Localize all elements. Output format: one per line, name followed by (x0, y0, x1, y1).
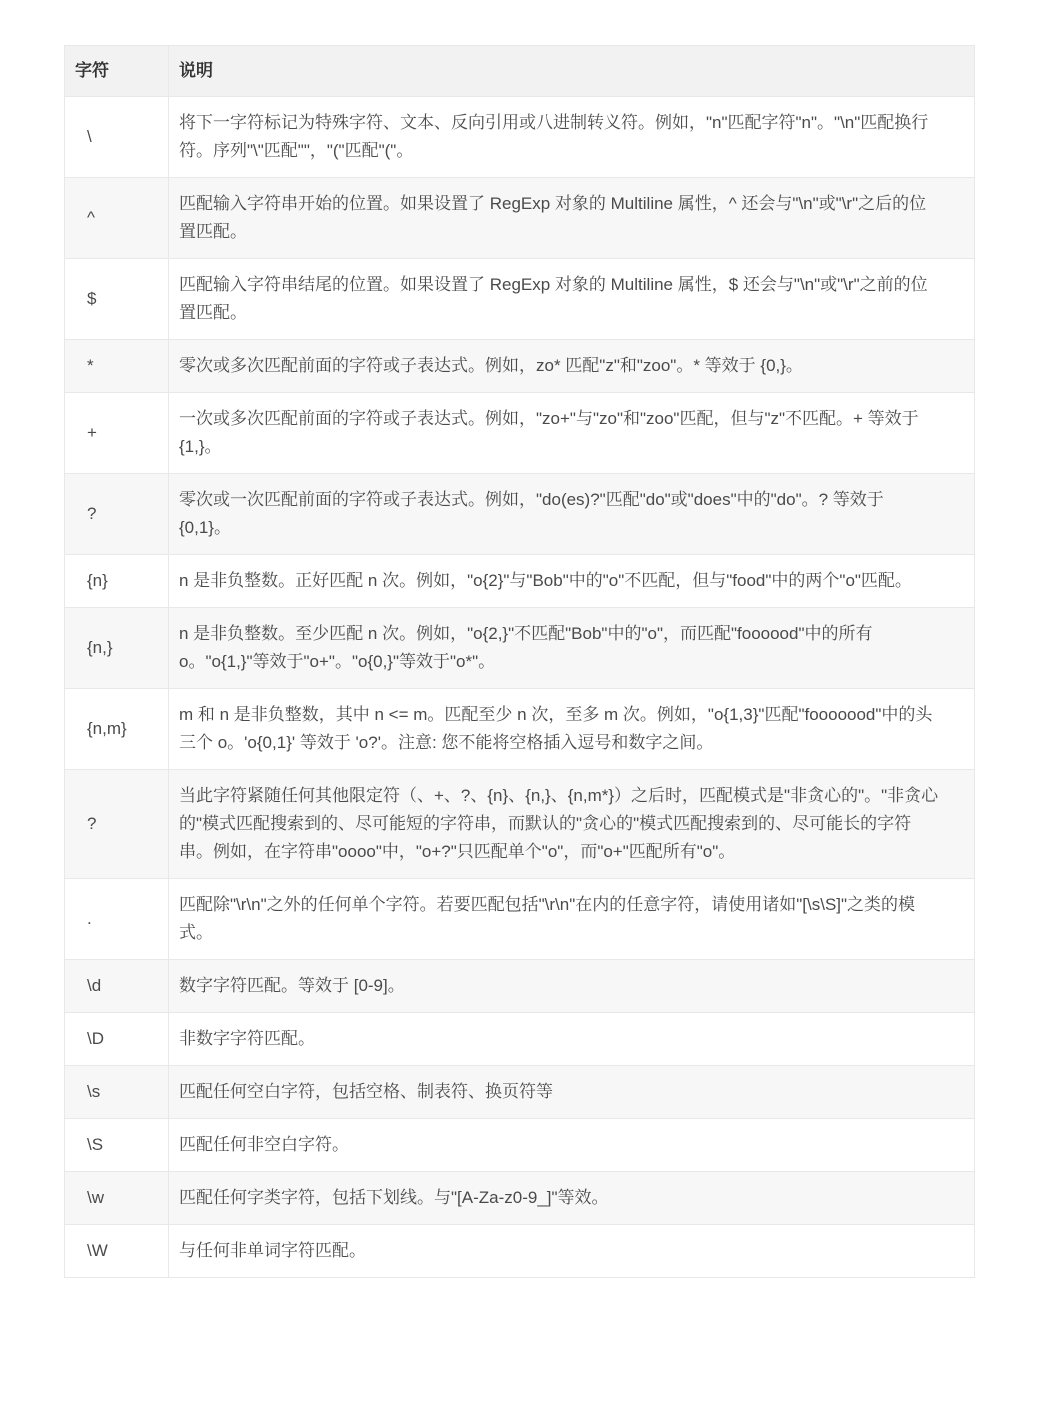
table-row: {n,} n 是非负整数。至少匹配 n 次。例如，"o{2,}"不匹配"Bob"… (65, 608, 975, 689)
char-cell: {n} (65, 555, 169, 608)
table-row: \S 匹配任何非空白字符。 (65, 1119, 975, 1172)
table-row: {n,m} m 和 n 是非负整数，其中 n <= m。匹配至少 n 次，至多 … (65, 689, 975, 770)
description-cell: 匹配除"\r\n"之外的任何单个字符。若要匹配包括"\r\n"在内的任意字符，请… (169, 879, 975, 960)
description-cell: 匹配任何非空白字符。 (169, 1119, 975, 1172)
table-header-row: 字符 说明 (65, 46, 975, 97)
column-header-char: 字符 (65, 46, 169, 97)
char-cell: \d (65, 960, 169, 1013)
table-row: {n} n 是非负整数。正好匹配 n 次。例如，"o{2}"与"Bob"中的"o… (65, 555, 975, 608)
table-row: \D 非数字字符匹配。 (65, 1013, 975, 1066)
description-cell: 零次或多次匹配前面的字符或子表达式。例如，zo* 匹配"z"和"zoo"。* 等… (169, 340, 975, 393)
description-cell: 非数字字符匹配。 (169, 1013, 975, 1066)
table-body: \ 将下一字符标记为特殊字符、文本、反向引用或八进制转义符。例如，"n"匹配字符… (65, 97, 975, 1278)
description-cell: 数字字符匹配。等效于 [0-9]。 (169, 960, 975, 1013)
description-cell: 匹配输入字符串开始的位置。如果设置了 RegExp 对象的 Multiline … (169, 178, 975, 259)
table-row: ^ 匹配输入字符串开始的位置。如果设置了 RegExp 对象的 Multilin… (65, 178, 975, 259)
char-cell: ? (65, 474, 169, 555)
table-row: ? 当此字符紧随任何其他限定符（、+、?、{n}、{n,}、{n,m*}）之后时… (65, 770, 975, 879)
description-cell: 一次或多次匹配前面的字符或子表达式。例如，"zo+"与"zo"和"zoo"匹配，… (169, 393, 975, 474)
table-row: \ 将下一字符标记为特殊字符、文本、反向引用或八进制转义符。例如，"n"匹配字符… (65, 97, 975, 178)
char-cell: ^ (65, 178, 169, 259)
char-cell: * (65, 340, 169, 393)
char-cell: \W (65, 1225, 169, 1278)
description-cell: n 是非负整数。至少匹配 n 次。例如，"o{2,}"不匹配"Bob"中的"o"… (169, 608, 975, 689)
char-cell: $ (65, 259, 169, 340)
description-cell: 匹配任何空白字符，包括空格、制表符、换页符等 (169, 1066, 975, 1119)
char-cell: \s (65, 1066, 169, 1119)
table-row: \s 匹配任何空白字符，包括空格、制表符、换页符等 (65, 1066, 975, 1119)
char-cell: {n,m} (65, 689, 169, 770)
column-header-description: 说明 (169, 46, 975, 97)
table-row: + 一次或多次匹配前面的字符或子表达式。例如，"zo+"与"zo"和"zoo"匹… (65, 393, 975, 474)
char-cell: \D (65, 1013, 169, 1066)
table-row: \d 数字字符匹配。等效于 [0-9]。 (65, 960, 975, 1013)
char-cell: \w (65, 1172, 169, 1225)
char-cell: . (65, 879, 169, 960)
table-row: * 零次或多次匹配前面的字符或子表达式。例如，zo* 匹配"z"和"zoo"。*… (65, 340, 975, 393)
table-row: \W 与任何非单词字符匹配。 (65, 1225, 975, 1278)
table-row: $ 匹配输入字符串结尾的位置。如果设置了 RegExp 对象的 Multilin… (65, 259, 975, 340)
description-cell: 匹配输入字符串结尾的位置。如果设置了 RegExp 对象的 Multiline … (169, 259, 975, 340)
table-row: ? 零次或一次匹配前面的字符或子表达式。例如，"do(es)?"匹配"do"或"… (65, 474, 975, 555)
description-cell: 与任何非单词字符匹配。 (169, 1225, 975, 1278)
char-cell: {n,} (65, 608, 169, 689)
regex-characters-table: 字符 说明 \ 将下一字符标记为特殊字符、文本、反向引用或八进制转义符。例如，"… (64, 45, 975, 1278)
description-cell: 匹配任何字类字符，包括下划线。与"[A-Za-z0-9_]"等效。 (169, 1172, 975, 1225)
char-cell: \ (65, 97, 169, 178)
description-cell: m 和 n 是非负整数，其中 n <= m。匹配至少 n 次，至多 m 次。例如… (169, 689, 975, 770)
page: 字符 说明 \ 将下一字符标记为特殊字符、文本、反向引用或八进制转义符。例如，"… (0, 0, 1039, 1401)
description-cell: n 是非负整数。正好匹配 n 次。例如，"o{2}"与"Bob"中的"o"不匹配… (169, 555, 975, 608)
char-cell: \S (65, 1119, 169, 1172)
table-row: \w 匹配任何字类字符，包括下划线。与"[A-Za-z0-9_]"等效。 (65, 1172, 975, 1225)
description-cell: 零次或一次匹配前面的字符或子表达式。例如，"do(es)?"匹配"do"或"do… (169, 474, 975, 555)
char-cell: ? (65, 770, 169, 879)
table-row: . 匹配除"\r\n"之外的任何单个字符。若要匹配包括"\r\n"在内的任意字符… (65, 879, 975, 960)
table-head: 字符 说明 (65, 46, 975, 97)
description-cell: 当此字符紧随任何其他限定符（、+、?、{n}、{n,}、{n,m*}）之后时，匹… (169, 770, 975, 879)
char-cell: + (65, 393, 169, 474)
description-cell: 将下一字符标记为特殊字符、文本、反向引用或八进制转义符。例如，"n"匹配字符"n… (169, 97, 975, 178)
